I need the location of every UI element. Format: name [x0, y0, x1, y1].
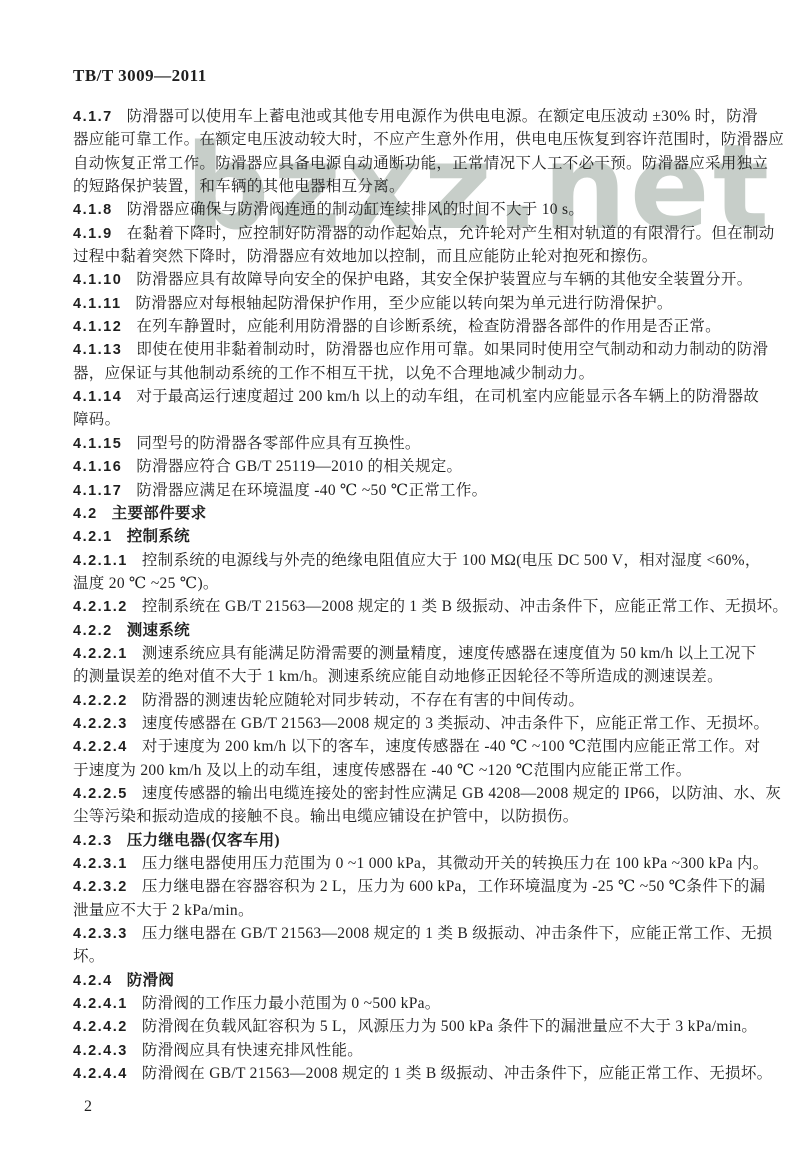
clause-text: 防滑阀在负载风缸容积为 5 L，风源压力为 500 kPa 条件下的漏泄量应不大… — [142, 1018, 757, 1035]
clause-number: 4.2.1.1 — [73, 550, 128, 573]
clause-number: 4.2.4.3 — [73, 1040, 128, 1063]
clause-line: 4.1.8防滑器应确保与防滑阀连通的制动缸连续排风的时间不大于 10 s。 — [73, 198, 745, 221]
clause-number: 4.2.4.2 — [73, 1016, 128, 1039]
clause-line: 4.2.2.1测速系统应具有能满足防滑需要的测量精度，速度传感器在速度值为 50… — [73, 642, 745, 665]
clause-text: 器应能可靠工作。在额定电压波动较大时，不应产生意外作用，供电电压恢复到容许范围时… — [73, 131, 784, 148]
section-heading-line: 4.2.4防滑阀 — [73, 969, 745, 992]
clause-number: 4.2.2.3 — [73, 713, 128, 736]
clause-number: 4.2.4.1 — [73, 993, 128, 1016]
clause-text: 尘等污染和振动造成的接触不良。输出电缆应铺设在护管中，以防损伤。 — [73, 808, 579, 825]
page-number: 2 — [84, 1098, 92, 1116]
clause-text: 的短路保护装置，和车辆的其他电器相互分离。 — [73, 178, 405, 195]
section-heading-line: 4.2.3压力继电器(仅客车用) — [73, 829, 745, 852]
clause-line: 4.1.11防滑器应对每根轴起防滑保护作用，至少应能以转向架为单元进行防滑保护。 — [73, 292, 745, 315]
clause-number: 4.2.2 — [73, 620, 113, 643]
clause-text: 压力继电器使用压力范围为 0 ~1 000 kPa，其微动开关的转换压力在 10… — [142, 855, 769, 872]
standard-number-header: TB/T 3009—2011 — [73, 66, 207, 86]
clause-text: 压力继电器(仅客车用) — [127, 832, 280, 849]
clause-text: 压力继电器在容器容积为 2 L，压力为 600 kPa，工作环境温度为 -25 … — [142, 878, 766, 895]
clause-text: 防滑器应符合 GB/T 25119—2010 的相关规定。 — [136, 458, 462, 475]
clause-number: 4.2.2.2 — [73, 690, 128, 713]
clause-number: 4.2.2.1 — [73, 643, 128, 666]
clause-number: 4.2.2.4 — [73, 736, 128, 759]
clause-continuation-line: 泄量应不大于 2 kPa/min。 — [73, 899, 745, 922]
clause-line: 4.2.4.4防滑阀在 GB/T 21563—2008 规定的 1 类 B 级振… — [73, 1062, 745, 1085]
clause-text: 对于速度为 200 km/h 以下的客车，速度传感器在 -40 ℃ ~100 ℃… — [142, 738, 761, 755]
clause-text: 防滑器应确保与防滑阀连通的制动缸连续排风的时间不大于 10 s。 — [127, 201, 584, 218]
clause-text: 防滑阀 — [127, 972, 174, 989]
clause-text: 压力继电器在 GB/T 21563—2008 规定的 1 类 B 级振动、冲击条… — [142, 925, 773, 942]
clause-continuation-line: 的短路保护装置，和车辆的其他电器相互分离。 — [73, 175, 745, 198]
clause-number: 4.1.10 — [73, 269, 122, 292]
clause-text: 测速系统 — [127, 622, 190, 639]
clause-continuation-line: 障码。 — [73, 408, 745, 431]
clause-text: 速度传感器的输出电缆连接处的密封性应满足 GB 4208—2008 规定的 IP… — [142, 785, 781, 802]
clause-line: 4.1.17防滑器应满足在环境温度 -40 ℃ ~50 ℃正常工作。 — [73, 479, 745, 502]
clause-number: 4.2.3.3 — [73, 923, 128, 946]
clause-number: 4.2 — [73, 503, 98, 526]
clause-number: 4.2.3.2 — [73, 876, 128, 899]
clause-text: 控制系统的电源线与外壳的绝缘电阻值应大于 100 MΩ(电压 DC 500 V，… — [142, 552, 761, 569]
clause-line: 4.1.9在黏着下降时，应控制好防滑器的动作起始点，允许轮对产生相对轨道的有限滑… — [73, 222, 745, 245]
clause-continuation-line: 自动恢复正常工作。防滑器应具备电源自动通断功能，正常情况下人工不必干预。防滑器应… — [73, 152, 745, 175]
clause-line: 4.2.1.2控制系统在 GB/T 21563—2008 规定的 1 类 B 级… — [73, 595, 745, 618]
clause-line: 4.1.10防滑器应具有故障导向安全的保护电路，其安全保护装置应与车辆的其他安全… — [73, 268, 745, 291]
clause-number: 4.1.17 — [73, 480, 122, 503]
clause-text: 控制系统在 GB/T 21563—2008 规定的 1 类 B 级振动、冲击条件… — [142, 598, 788, 615]
clause-number: 4.2.3 — [73, 830, 113, 853]
clause-text: 主要部件要求 — [112, 505, 207, 522]
clause-text: 防滑阀在 GB/T 21563—2008 规定的 1 类 B 级振动、冲击条件下… — [142, 1065, 773, 1082]
clause-continuation-line: 器应能可靠工作。在额定电压波动较大时，不应产生意外作用，供电电压恢复到容许范围时… — [73, 128, 745, 151]
clause-number: 4.2.4.4 — [73, 1063, 128, 1086]
document-body: 4.1.7防滑器可以使用车上蓄电池或其他专用电源作为供电电源。在额定电压波动 ±… — [73, 105, 745, 1085]
clause-continuation-line: 器，应保证与其他制动系统的工作不相互干扰，以免不合理地减少制动力。 — [73, 362, 745, 385]
clause-number: 4.1.13 — [73, 339, 122, 362]
clause-text: 即使在使用非黏着制动时，防滑器也应作用可靠。如果同时使用空气制动和动力制动的防滑 — [136, 341, 768, 358]
clause-number: 4.1.8 — [73, 199, 113, 222]
clause-text: 防滑器应满足在环境温度 -40 ℃ ~50 ℃正常工作。 — [136, 482, 487, 499]
clause-continuation-line: 坏。 — [73, 945, 745, 968]
section-heading-line: 4.2.1控制系统 — [73, 525, 745, 548]
document-page: bzxz.net TB/T 3009—2011 4.1.7防滑器可以使用车上蓄电… — [0, 0, 800, 1162]
clause-line: 4.2.3.3压力继电器在 GB/T 21563—2008 规定的 1 类 B … — [73, 922, 745, 945]
clause-continuation-line: 于速度为 200 km/h 及以上的动车组，速度传感器在 -40 ℃ ~120 … — [73, 759, 745, 782]
clause-line: 4.2.2.5速度传感器的输出电缆连接处的密封性应满足 GB 4208—2008… — [73, 782, 745, 805]
clause-line: 4.2.4.3防滑阀应具有快速充排风性能。 — [73, 1039, 745, 1062]
clause-line: 4.2.1.1控制系统的电源线与外壳的绝缘电阻值应大于 100 MΩ(电压 DC… — [73, 549, 745, 572]
clause-continuation-line: 尘等污染和振动造成的接触不良。输出电缆应铺设在护管中，以防损伤。 — [73, 805, 745, 828]
clause-text: 温度 20 ℃ ~25 ℃)。 — [73, 575, 219, 592]
clause-text: 速度传感器在 GB/T 21563—2008 规定的 3 类振动、冲击条件下，应… — [142, 715, 769, 732]
clause-text: 器，应保证与其他制动系统的工作不相互干扰，以免不合理地减少制动力。 — [73, 365, 594, 382]
clause-text: 于速度为 200 km/h 及以上的动车组，速度传感器在 -40 ℃ ~120 … — [73, 762, 692, 779]
clause-line: 4.2.2.4对于速度为 200 km/h 以下的客车，速度传感器在 -40 ℃… — [73, 735, 745, 758]
clause-number: 4.1.7 — [73, 106, 113, 129]
clause-number: 4.1.16 — [73, 456, 122, 479]
clause-text: 的测量误差的绝对值不大于 1 km/h。测速系统应能自动地修正因轮径不等所造成的… — [73, 668, 723, 685]
clause-line: 4.1.12在列车静置时，应能利用防滑器的自诊断系统，检查防滑器各部件的作用是否… — [73, 315, 745, 338]
clause-line: 4.2.4.2防滑阀在负载风缸容积为 5 L，风源压力为 500 kPa 条件下… — [73, 1015, 745, 1038]
section-heading-line: 4.2主要部件要求 — [73, 502, 745, 525]
clause-line: 4.2.2.2防滑器的测速齿轮应随轮对同步转动，不存在有害的中间传动。 — [73, 689, 745, 712]
clause-line: 4.1.13即使在使用非黏着制动时，防滑器也应作用可靠。如果同时使用空气制动和动… — [73, 338, 745, 361]
clause-line: 4.2.3.2压力继电器在容器容积为 2 L，压力为 600 kPa，工作环境温… — [73, 875, 745, 898]
clause-line: 4.1.14对于最高运行速度超过 200 km/h 以上的动车组，在司机室内应能… — [73, 385, 745, 408]
clause-number: 4.1.11 — [73, 293, 122, 316]
clause-continuation-line: 的测量误差的绝对值不大于 1 km/h。测速系统应能自动地修正因轮径不等所造成的… — [73, 665, 745, 688]
clause-number: 4.1.14 — [73, 386, 122, 409]
clause-line: 4.2.3.1压力继电器使用压力范围为 0 ~1 000 kPa，其微动开关的转… — [73, 852, 745, 875]
clause-number: 4.2.4 — [73, 970, 113, 993]
clause-number: 4.2.3.1 — [73, 853, 128, 876]
clause-number: 4.2.1 — [73, 526, 113, 549]
clause-number: 4.1.15 — [73, 433, 122, 456]
clause-number: 4.2.2.5 — [73, 783, 128, 806]
clause-text: 防滑器应具有故障导向安全的保护电路，其安全保护装置应与车辆的其他安全装置分开。 — [136, 271, 752, 288]
clause-text: 对于最高运行速度超过 200 km/h 以上的动车组，在司机室内应能显示各车辆上… — [136, 388, 759, 405]
clause-text: 防滑阀应具有快速充排风性能。 — [142, 1042, 363, 1059]
clause-text: 防滑阀的工作压力最小范围为 0 ~500 kPa。 — [142, 995, 441, 1012]
clause-number: 4.2.1.2 — [73, 596, 128, 619]
clause-text: 过程中黏着突然下降时，防滑器应有效地加以控制，而且应能防止轮对抱死和擦伤。 — [73, 248, 658, 265]
clause-text: 防滑器的测速齿轮应随轮对同步转动，不存在有害的中间传动。 — [142, 692, 584, 709]
clause-line: 4.1.16防滑器应符合 GB/T 25119—2010 的相关规定。 — [73, 455, 745, 478]
clause-text: 在黏着下降时，应控制好防滑器的动作起始点，允许轮对产生相对轨道的有限滑行。但在制… — [127, 225, 775, 242]
clause-continuation-line: 过程中黏着突然下降时，防滑器应有效地加以控制，而且应能防止轮对抱死和擦伤。 — [73, 245, 745, 268]
clause-text: 在列车静置时，应能利用防滑器的自诊断系统，检查防滑器各部件的作用是否正常。 — [136, 318, 721, 335]
clause-line: 4.1.7防滑器可以使用车上蓄电池或其他专用电源作为供电电源。在额定电压波动 ±… — [73, 105, 745, 128]
clause-line: 4.2.4.1防滑阀的工作压力最小范围为 0 ~500 kPa。 — [73, 992, 745, 1015]
clause-text: 测速系统应具有能满足防滑需要的测量精度，速度传感器在速度值为 50 km/h 以… — [142, 645, 757, 662]
clause-number: 4.1.12 — [73, 316, 122, 339]
clause-continuation-line: 温度 20 ℃ ~25 ℃)。 — [73, 572, 745, 595]
clause-text: 控制系统 — [127, 528, 190, 545]
clause-text: 自动恢复正常工作。防滑器应具备电源自动通断功能，正常情况下人工不必干预。防滑器应… — [73, 155, 768, 172]
clause-text: 防滑器应对每根轴起防滑保护作用，至少应能以转向架为单元进行防滑保护。 — [136, 295, 673, 312]
clause-text: 障码。 — [73, 411, 120, 428]
clause-number: 4.1.9 — [73, 223, 113, 246]
clause-text: 防滑器可以使用车上蓄电池或其他专用电源作为供电电源。在额定电压波动 ±30% 时… — [127, 108, 758, 125]
clause-text: 同型号的防滑器各零部件应具有互换性。 — [136, 435, 420, 452]
clause-text: 泄量应不大于 2 kPa/min。 — [73, 902, 254, 919]
clause-text: 坏。 — [73, 948, 105, 965]
clause-line: 4.1.15同型号的防滑器各零部件应具有互换性。 — [73, 432, 745, 455]
clause-line: 4.2.2.3速度传感器在 GB/T 21563—2008 规定的 3 类振动、… — [73, 712, 745, 735]
section-heading-line: 4.2.2测速系统 — [73, 619, 745, 642]
